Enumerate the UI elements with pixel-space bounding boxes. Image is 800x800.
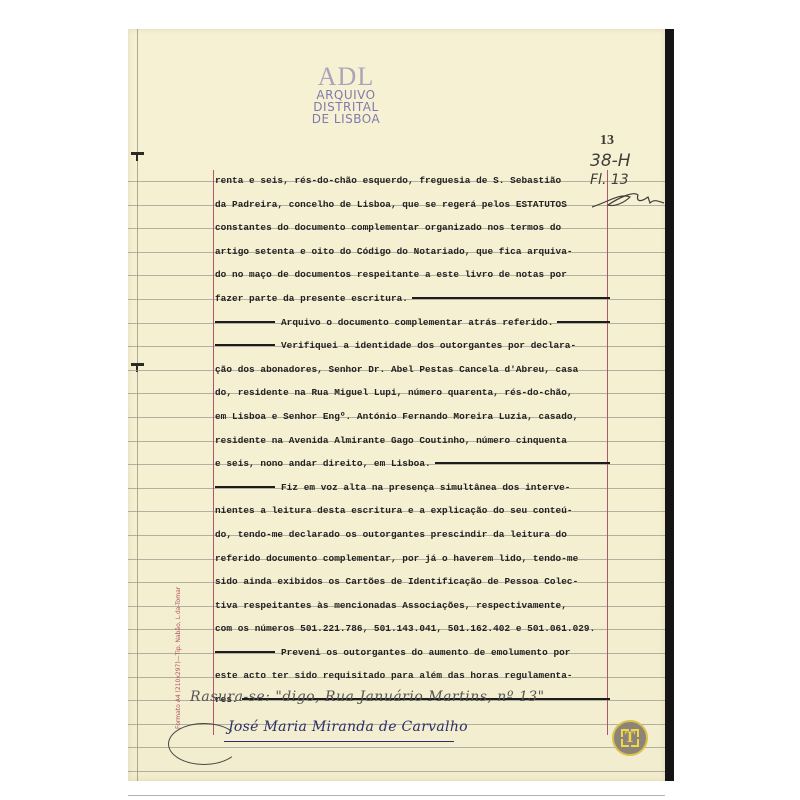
filler-dash <box>412 297 610 299</box>
text-line: do, tendo-me declarado os outorgantes pr… <box>215 523 610 547</box>
text-line: e seis, nono andar direito, em Lisboa. <box>215 452 610 476</box>
text-line: da Padreira, concelho de Lisboa, que se … <box>215 193 610 217</box>
notary-signature: José Maria Miranda de Carvalho <box>228 719 468 735</box>
archive-stamp: ADL ARQUIVO DISTRITAL DE LISBOA <box>286 65 406 125</box>
text-line-content: tiva respeitantes às mencionadas Associa… <box>215 594 567 618</box>
text-line-content: este acto ter sido requisitado para além… <box>215 664 573 688</box>
margin-tick-mark <box>131 363 144 366</box>
filler-dash <box>215 651 275 653</box>
stamp-line-3: DE LISBOA <box>286 113 406 125</box>
text-line-content: renta e seis, rés-do-chão esquerdo, freg… <box>215 169 561 193</box>
text-line-content: referido documento complementar, por já … <box>215 547 578 571</box>
scan-corner-icon <box>621 729 629 737</box>
signature-underline <box>224 741 454 742</box>
filler-dash <box>215 486 275 488</box>
text-scan-button[interactable]: T <box>612 720 648 756</box>
text-line: tiva respeitantes às mencionadas Associa… <box>215 594 610 618</box>
text-line: este acto ter sido requisitado para além… <box>215 664 610 688</box>
text-line: referido documento complementar, por já … <box>215 547 610 571</box>
text-line-content: ção dos abonadores, Senhor Dr. Abel Pest… <box>215 358 578 382</box>
scan-corner-icon <box>631 729 639 737</box>
text-line-content: com os números 501.221.786, 501.143.041,… <box>215 617 595 641</box>
margin-tick-mark <box>131 152 144 155</box>
text-line-content: Preveni os outorgantes do aumento de emo… <box>281 641 570 665</box>
text-line: com os números 501.221.786, 501.143.041,… <box>215 617 610 641</box>
text-line-content: fazer parte da presente escritura. <box>215 287 408 311</box>
text-line: Fiz em voz alta na presença simultânea d… <box>215 476 610 500</box>
text-line: residente na Avenida Almirante Gago Cout… <box>215 429 610 453</box>
filler-dash <box>435 462 610 464</box>
filler-dash <box>557 321 610 323</box>
text-line-content: do no maço de documentos respeitante a e… <box>215 263 567 287</box>
text-line: constantes do documento complementar org… <box>215 216 610 240</box>
text-line: sido ainda exibidos os Cartões de Identi… <box>215 570 610 594</box>
page-number: 13 <box>600 133 614 149</box>
text-line-content: Verifiquei a identidade dos outorgantes … <box>281 334 576 358</box>
side-imprint: Formato A4 (210x297)—Tip. Nabão, L.da-To… <box>175 587 182 729</box>
text-line: do no maço de documentos respeitante a e… <box>215 263 610 287</box>
stamp-abbrev: ADL <box>286 65 406 89</box>
text-line: em Lisboa e Senhor Engº. António Fernand… <box>215 405 610 429</box>
text-line: do, residente na Rua Miguel Lupi, número… <box>215 381 610 405</box>
filler-dash <box>215 321 275 323</box>
text-line: nientes a leitura desta escritura e a ex… <box>215 499 610 523</box>
text-line: Verifiquei a identidade dos outorgantes … <box>215 334 610 358</box>
book-reference: 38-H <box>590 151 631 171</box>
text-line-content: Arquivo o documento complementar atrás r… <box>281 311 553 335</box>
scan-corner-icon <box>621 739 629 747</box>
scan-corner-icon <box>631 739 639 747</box>
text-line-content: do, tendo-me declarado os outorgantes pr… <box>215 523 567 547</box>
text-line-content: artigo setenta e oito do Código do Notar… <box>215 240 573 264</box>
text-line-content: em Lisboa e Senhor Engº. António Fernand… <box>215 405 578 429</box>
document-body: renta e seis, rés-do-chão esquerdo, freg… <box>215 169 610 712</box>
text-line-content: sido ainda exibidos os Cartões de Identi… <box>215 570 578 594</box>
text-line-content: constantes do documento complementar org… <box>215 216 561 240</box>
text-line-content: nientes a leitura desta escritura e a ex… <box>215 499 573 523</box>
ruled-line <box>128 795 665 796</box>
text-line: artigo setenta e oito do Código do Notar… <box>215 240 610 264</box>
text-line-content: Fiz em voz alta na presença simultânea d… <box>281 476 570 500</box>
left-red-margin <box>213 170 214 735</box>
text-line: fazer parte da presente escritura. <box>215 287 610 311</box>
text-line-content: da Padreira, concelho de Lisboa, que se … <box>215 193 567 217</box>
text-line-content: residente na Avenida Almirante Gago Cout… <box>215 429 567 453</box>
text-line: Arquivo o documento complementar atrás r… <box>215 311 610 335</box>
text-line: ção dos abonadores, Senhor Dr. Abel Pest… <box>215 358 610 382</box>
binding-guide-line <box>137 29 138 781</box>
document-page: ADL ARQUIVO DISTRITAL DE LISBOA 13 38-H … <box>128 29 665 781</box>
text-line-content: e seis, nono andar direito, em Lisboa. <box>215 452 431 476</box>
filler-dash <box>215 344 275 346</box>
ruled-line <box>128 771 665 772</box>
handwritten-correction: Rasura-se: "digo, Rua Januário Martins, … <box>190 689 545 705</box>
text-line-content: do, residente na Rua Miguel Lupi, número… <box>215 381 573 405</box>
text-line: Preveni os outorgantes do aumento de emo… <box>215 641 610 665</box>
page-edge-shadow <box>665 29 674 781</box>
text-line: renta e seis, rés-do-chão esquerdo, freg… <box>215 169 610 193</box>
